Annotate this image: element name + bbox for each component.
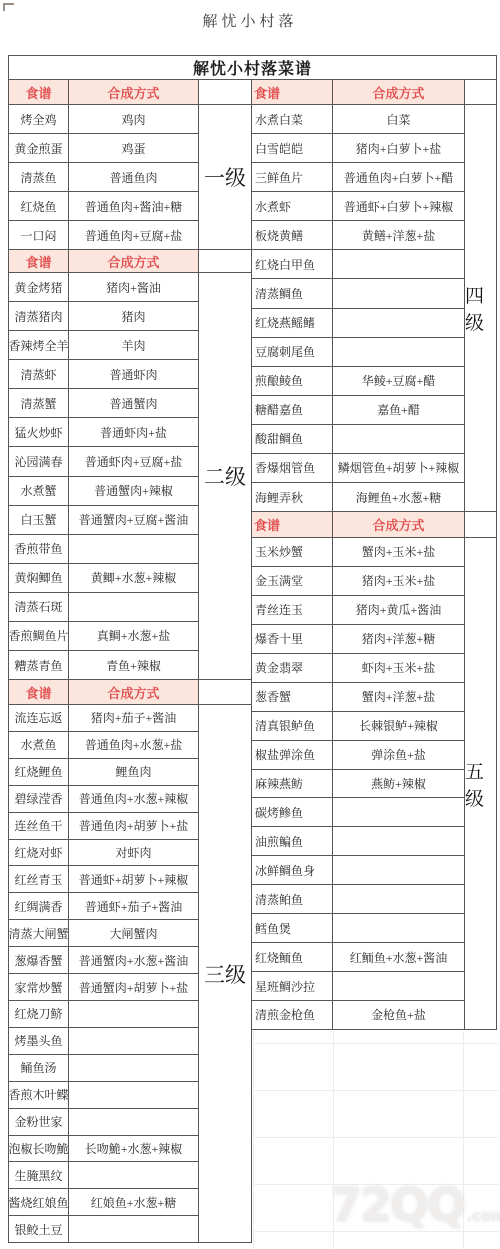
table-row: 清蒸虾普通虾肉 xyxy=(9,360,199,389)
recipe-name-cell: 黄金烤猪 xyxy=(9,273,69,301)
method-column-header: 合成方式 xyxy=(333,512,465,537)
section-header-level4: 食谱 合成方式 xyxy=(252,80,465,105)
table-title: 解忧小村落菜谱 xyxy=(8,55,497,80)
recipe-method-cell: 青鱼+辣椒 xyxy=(69,651,199,679)
level-spacer xyxy=(465,512,496,538)
recipe-method-cell xyxy=(69,1028,199,1054)
recipe-name-cell: 红丝青玉 xyxy=(9,866,69,892)
table-row: 星班鲷沙拉 xyxy=(252,972,465,1001)
right-level-column: 四级 五级 xyxy=(465,80,497,1030)
recipe-name-cell: 金粉世家 xyxy=(9,1109,69,1135)
recipe-name-cell: 红绸满香 xyxy=(9,893,69,919)
recipe-name-cell: 流连忘返 xyxy=(9,705,69,731)
recipe-name-cell: 清蒸鲷鱼 xyxy=(252,279,333,307)
level2-rows: 黄金烤猪猪肉+酱油清蒸猪肉猪肉香辣烤全羊羊肉清蒸虾普通虾肉清蒸蟹普通蟹肉猛火炒虾… xyxy=(9,273,199,680)
recipe-method-cell: 普通蟹肉+水葱+酱油 xyxy=(69,947,199,973)
level-spacer xyxy=(199,250,251,273)
table-row: 香辣烤全羊羊肉 xyxy=(9,331,199,360)
recipe-method-cell xyxy=(333,425,465,453)
table-row: 豆腐刺尾鱼 xyxy=(252,338,465,367)
recipe-column-header: 食谱 xyxy=(252,80,333,104)
level-spacer xyxy=(465,80,496,105)
faint-gridline-horizontal xyxy=(253,1137,499,1138)
recipe-method-cell: 蟹肉+洋葱+盐 xyxy=(333,683,465,711)
recipe-method-cell: 蟹肉+玉米+盐 xyxy=(333,538,465,566)
recipe-method-cell: 普通鱼肉+酱油+糖 xyxy=(69,192,199,220)
recipe-name-cell: 烤墨头鱼 xyxy=(9,1028,69,1054)
table-row: 银鲛土豆 xyxy=(9,1216,199,1243)
recipe-method-cell: 普通蟹肉+豆腐+酱油 xyxy=(69,506,199,534)
recipe-name-cell: 清煎金枪鱼 xyxy=(252,1001,333,1029)
table-row: 黄金煎蛋鸡蛋 xyxy=(9,134,199,163)
recipe-method-cell: 长吻鮠+水葱+辣椒 xyxy=(69,1136,199,1162)
recipe-method-cell: 白菜 xyxy=(333,105,465,133)
method-column-header: 合成方式 xyxy=(69,680,199,704)
recipe-name-cell: 猛火炒虾 xyxy=(9,418,69,446)
recipe-method-cell xyxy=(69,1162,199,1188)
recipe-name-cell: 鳕鱼煲 xyxy=(252,914,333,942)
recipe-method-cell: 普通蟹肉+辣椒 xyxy=(69,477,199,505)
recipe-name-cell: 清真银鲈鱼 xyxy=(252,712,333,740)
recipe-method-cell: 华鲮+豆腐+醋 xyxy=(333,367,465,395)
recipe-method-cell: 鳞烟管鱼+胡萝卜+辣椒 xyxy=(333,454,465,482)
recipe-method-cell: 大闸蟹肉 xyxy=(69,920,199,946)
recipe-name-cell: 红烧燕鳐鳍 xyxy=(252,309,333,337)
table-row: 黄焖鲫鱼黄鲫+水葱+辣椒 xyxy=(9,564,199,593)
table-row: 酸甜鲷鱼 xyxy=(252,425,465,454)
table-row: 糖醋嘉鱼嘉鱼+醋 xyxy=(252,396,465,425)
recipe-method-cell: 海鲤鱼+水葱+糖 xyxy=(333,483,465,511)
section-header-level1: 食谱 合成方式 xyxy=(9,80,199,105)
method-column-header: 合成方式 xyxy=(69,250,199,272)
recipe-name-cell: 红烧刀鲚 xyxy=(9,1001,69,1027)
recipe-name-cell: 爆香十里 xyxy=(252,625,333,653)
recipe-name-cell: 沁园满春 xyxy=(9,447,69,475)
table-row: 酱烧红娘鱼红娘鱼+水葱+糖 xyxy=(9,1189,199,1216)
table-row: 香煎带鱼 xyxy=(9,535,199,564)
table-row: 清蒸石斑 xyxy=(9,593,199,622)
recipe-method-cell: 真鲷+水葱+盐 xyxy=(69,622,199,650)
recipe-name-cell: 鲬鱼汤 xyxy=(9,1055,69,1081)
level-1-label: 一级 xyxy=(199,105,251,250)
table-row: 连丝鱼干普通鱼肉+胡萝卜+盐 xyxy=(9,813,199,840)
recipe-method-cell: 普通虾+胡萝卜+辣椒 xyxy=(69,866,199,892)
recipe-name-cell: 清蒸大闸蟹 xyxy=(9,920,69,946)
table-row: 一口闷普通鱼肉+豆腐+盐 xyxy=(9,221,199,250)
recipe-method-cell: 普通虾+白萝卜+辣椒 xyxy=(333,192,465,220)
recipe-method-cell: 普通虾肉+豆腐+盐 xyxy=(69,447,199,475)
table-row: 沁园满春普通虾肉+豆腐+盐 xyxy=(9,447,199,476)
level4-rows: 水煮白菜白菜白雪皑皑猪肉+白萝卜+盐三鲜鱼片普通鱼肉+白萝卜+醋水煮虾普通虾+白… xyxy=(252,105,465,512)
recipe-name-cell: 清蒸虾 xyxy=(9,360,69,388)
recipe-name-cell: 豆腐刺尾鱼 xyxy=(252,338,333,366)
faint-gridline-horizontal xyxy=(253,1043,499,1044)
recipe-method-cell: 燕鲂+辣椒 xyxy=(333,770,465,798)
recipe-name-cell: 香煎带鱼 xyxy=(9,535,69,563)
table-row: 清真银鲈鱼长棘银鲈+辣椒 xyxy=(252,712,465,741)
recipe-method-cell xyxy=(333,338,465,366)
table-row: 冰鲜鲷鱼身 xyxy=(252,856,465,885)
recipe-name-cell: 生腌黑纹 xyxy=(9,1162,69,1188)
method-column-header: 合成方式 xyxy=(69,80,199,104)
recipe-name-cell: 家常炒蟹 xyxy=(9,974,69,1000)
table-row: 葱爆香蟹普通蟹肉+水葱+酱油 xyxy=(9,947,199,974)
table-row: 板烧黄鳝黄鳝+洋葱+盐 xyxy=(252,221,465,250)
table-row: 糟蒸青鱼青鱼+辣椒 xyxy=(9,651,199,680)
faint-gridline-vertical xyxy=(253,1031,254,1249)
recipe-name-cell: 碳烤鲹鱼 xyxy=(252,798,333,826)
recipe-method-cell: 普通鱼肉+豆腐+盐 xyxy=(69,221,199,249)
recipe-method-cell: 普通鱼肉+白萝卜+醋 xyxy=(333,163,465,191)
recipe-name-cell: 酸甜鲷鱼 xyxy=(252,425,333,453)
table-row: 黄金翡翠虾肉+玉米+盐 xyxy=(252,654,465,683)
recipe-name-cell: 香爆烟管鱼 xyxy=(252,454,333,482)
recipe-name-cell: 清蒸蟹 xyxy=(9,389,69,417)
recipe-name-cell: 油煎鳊鱼 xyxy=(252,827,333,855)
recipe-name-cell: 红烧白甲鱼 xyxy=(252,250,333,278)
recipe-method-cell xyxy=(69,1109,199,1135)
site-watermark: 72QQ .com xyxy=(330,1178,500,1240)
table-row: 红烧白甲鱼 xyxy=(252,250,465,279)
recipe-name-cell: 糟蒸青鱼 xyxy=(9,651,69,679)
table-row: 家常炒蟹普通蟹肉+胡萝卜+盐 xyxy=(9,974,199,1001)
recipe-name-cell: 清蒸鱼 xyxy=(9,163,69,191)
recipe-name-cell: 葱香蟹 xyxy=(252,683,333,711)
recipe-name-cell: 香煎木叶鲽 xyxy=(9,1082,69,1108)
level5-rows: 玉米炒蟹蟹肉+玉米+盐金玉满堂猪肉+玉米+盐青丝连玉猪肉+黄瓜+酱油爆香十里猪肉… xyxy=(252,538,465,1030)
table-row: 清蒸鲷鱼 xyxy=(252,279,465,308)
recipe-method-cell: 对虾肉 xyxy=(69,840,199,866)
recipe-name-cell: 麻辣燕鲂 xyxy=(252,770,333,798)
recipe-method-cell xyxy=(69,593,199,621)
recipe-name-cell: 煎酿鲮鱼 xyxy=(252,367,333,395)
recipe-method-cell: 猪肉+洋葱+糖 xyxy=(333,625,465,653)
left-table-columns: 食谱 合成方式 烤全鸡鸡肉黄金煎蛋鸡蛋清蒸鱼普通鱼肉红烧鱼普通鱼肉+酱油+糖一口… xyxy=(8,80,199,1243)
table-row: 水煮虾普通虾+白萝卜+辣椒 xyxy=(252,192,465,221)
recipe-name-cell: 香煎鲷鱼片 xyxy=(9,622,69,650)
recipe-name-cell: 碧绿滢香 xyxy=(9,786,69,812)
recipe-name-cell: 清蒸鲌鱼 xyxy=(252,885,333,913)
table-row: 清蒸蟹普通蟹肉 xyxy=(9,389,199,418)
level-2-label: 二级 xyxy=(199,273,251,680)
recipe-method-cell xyxy=(69,1216,199,1242)
recipe-name-cell: 一口闷 xyxy=(9,221,69,249)
recipe-method-cell xyxy=(333,885,465,913)
recipe-method-cell: 金枪鱼+盐 xyxy=(333,1001,465,1029)
table-row: 油煎鳊鱼 xyxy=(252,827,465,856)
recipe-method-cell: 鸡蛋 xyxy=(69,134,199,162)
recipe-name-cell: 水煮蟹 xyxy=(9,477,69,505)
table-row: 流连忘返猪肉+茄子+酱油 xyxy=(9,705,199,732)
recipe-name-cell: 泡椒长吻鮠 xyxy=(9,1136,69,1162)
table-row: 水煮蟹普通蟹肉+辣椒 xyxy=(9,477,199,506)
left-level-column: 一级 二级 三级 xyxy=(199,80,252,1243)
recipe-method-cell xyxy=(333,972,465,1000)
table-row: 碧绿滢香普通鱼肉+水葱+辣椒 xyxy=(9,786,199,813)
table-row: 三鲜鱼片普通鱼肉+白萝卜+醋 xyxy=(252,163,465,192)
table-row: 海鲤弄秋海鲤鱼+水葱+糖 xyxy=(252,483,465,512)
recipe-name-cell: 海鲤弄秋 xyxy=(252,483,333,511)
table-row: 葱香蟹蟹肉+洋葱+盐 xyxy=(252,683,465,712)
recipe-column-header: 食谱 xyxy=(9,250,69,272)
recipe-method-cell: 弹涂鱼+盐 xyxy=(333,741,465,769)
recipe-method-cell xyxy=(69,1082,199,1108)
recipe-name-cell: 清蒸猪肉 xyxy=(9,302,69,330)
recipe-name-cell: 青丝连玉 xyxy=(252,596,333,624)
recipe-method-cell: 普通鱼肉+胡萝卜+盐 xyxy=(69,813,199,839)
recipe-method-cell xyxy=(333,309,465,337)
recipe-method-cell: 普通鱼肉+水葱+盐 xyxy=(69,732,199,758)
recipe-method-cell xyxy=(333,250,465,278)
table-row: 泡椒长吻鮠长吻鮠+水葱+辣椒 xyxy=(9,1136,199,1163)
recipe-column-header: 食谱 xyxy=(252,512,333,537)
recipe-name-cell: 连丝鱼干 xyxy=(9,813,69,839)
level-5-label: 五级 xyxy=(465,538,496,1030)
recipe-method-cell: 普通蟹肉+胡萝卜+盐 xyxy=(69,974,199,1000)
recipe-method-cell: 虾肉+玉米+盐 xyxy=(333,654,465,682)
table-row: 鲬鱼汤 xyxy=(9,1055,199,1082)
table-row: 烤墨头鱼 xyxy=(9,1028,199,1055)
table-row: 鳕鱼煲 xyxy=(252,914,465,943)
table-row: 红烧鲕鱼红鲕鱼+水葱+酱油 xyxy=(252,943,465,972)
recipe-name-cell: 水煮虾 xyxy=(252,192,333,220)
table-row: 红绸满香普通虾+茄子+酱油 xyxy=(9,893,199,920)
table-row: 清蒸大闸蟹大闸蟹肉 xyxy=(9,920,199,947)
recipe-name-cell: 玉米炒蟹 xyxy=(252,538,333,566)
recipe-name-cell: 黄金煎蛋 xyxy=(9,134,69,162)
recipe-name-cell: 葱爆香蟹 xyxy=(9,947,69,973)
recipe-name-cell: 红烧鲤鱼 xyxy=(9,759,69,785)
method-column-header: 合成方式 xyxy=(333,80,465,104)
recipe-name-cell: 白雪皑皑 xyxy=(252,134,333,162)
recipe-method-cell: 羊肉 xyxy=(69,331,199,359)
recipe-name-cell: 银鲛土豆 xyxy=(9,1216,69,1242)
recipe-name-cell: 黄金翡翠 xyxy=(252,654,333,682)
recipe-method-cell xyxy=(333,798,465,826)
level-spacer xyxy=(199,680,251,705)
faint-gridline-horizontal xyxy=(253,1090,499,1091)
recipe-method-cell: 普通虾肉+盐 xyxy=(69,418,199,446)
table-row: 碳烤鲹鱼 xyxy=(252,798,465,827)
table-row: 烤全鸡鸡肉 xyxy=(9,105,199,134)
recipe-name-cell: 红烧鱼 xyxy=(9,192,69,220)
table-row: 水煮白菜白菜 xyxy=(252,105,465,134)
recipe-method-cell: 普通蟹肉 xyxy=(69,389,199,417)
recipe-method-cell: 普通鱼肉 xyxy=(69,163,199,191)
recipe-method-cell: 猪肉+玉米+盐 xyxy=(333,567,465,595)
recipe-name-cell: 三鲜鱼片 xyxy=(252,163,333,191)
recipe-method-cell: 普通虾肉 xyxy=(69,360,199,388)
section-header-level2: 食谱 合成方式 xyxy=(9,250,199,273)
recipe-method-cell xyxy=(333,827,465,855)
table-row: 麻辣燕鲂燕鲂+辣椒 xyxy=(252,770,465,799)
recipe-method-cell: 鲤鱼肉 xyxy=(69,759,199,785)
recipe-method-cell: 猪肉+黄瓜+酱油 xyxy=(333,596,465,624)
table-row: 白雪皑皑猪肉+白萝卜+盐 xyxy=(252,134,465,163)
recipe-method-cell: 红鲕鱼+水葱+酱油 xyxy=(333,943,465,971)
recipe-name-cell: 水煮白菜 xyxy=(252,105,333,133)
table-row: 白玉蟹普通蟹肉+豆腐+酱油 xyxy=(9,506,199,535)
level3-rows: 流连忘返猪肉+茄子+酱油水煮鱼普通鱼肉+水葱+盐红烧鲤鱼鲤鱼肉碧绿滢香普通鱼肉+… xyxy=(9,705,199,1243)
section-header-level3: 食谱 合成方式 xyxy=(9,680,199,705)
level-spacer xyxy=(199,80,251,105)
recipe-name-cell: 红烧鲕鱼 xyxy=(252,943,333,971)
recipe-method-cell: 嘉鱼+醋 xyxy=(333,396,465,424)
level-4-label: 四级 xyxy=(465,105,496,512)
recipe-name-cell: 金玉满堂 xyxy=(252,567,333,595)
recipe-method-cell: 猪肉+酱油 xyxy=(69,273,199,301)
table-row: 香爆烟管鱼鳞烟管鱼+胡萝卜+辣椒 xyxy=(252,454,465,483)
watermark-domain: .com xyxy=(466,1207,500,1225)
table-row: 金玉满堂猪肉+玉米+盐 xyxy=(252,567,465,596)
recipe-name-cell: 椒盐弹涂鱼 xyxy=(252,741,333,769)
recipe-column-header: 食谱 xyxy=(9,680,69,704)
table-row: 红烧鲤鱼鲤鱼肉 xyxy=(9,759,199,786)
recipe-method-cell: 黄鳝+洋葱+盐 xyxy=(333,221,465,249)
recipe-name-cell: 星班鲷沙拉 xyxy=(252,972,333,1000)
section-header-level5: 食谱 合成方式 xyxy=(252,512,465,538)
table-row: 香煎鲷鱼片真鲷+水葱+盐 xyxy=(9,622,199,651)
recipe-method-cell: 鸡肉 xyxy=(69,105,199,133)
table-row: 黄金烤猪猪肉+酱油 xyxy=(9,273,199,302)
right-table-columns: 食谱 合成方式 水煮白菜白菜白雪皑皑猪肉+白萝卜+盐三鲜鱼片普通鱼肉+白萝卜+醋… xyxy=(252,80,465,1030)
level-3-label: 三级 xyxy=(199,705,251,1243)
table-row: 红烧燕鳐鳍 xyxy=(252,309,465,338)
recipe-name-cell: 烤全鸡 xyxy=(9,105,69,133)
recipe-method-cell: 猪肉+白萝卜+盐 xyxy=(333,134,465,162)
table-row: 红烧刀鲚 xyxy=(9,1001,199,1028)
table-row: 爆香十里猪肉+洋葱+糖 xyxy=(252,625,465,654)
recipe-name-cell: 清蒸石斑 xyxy=(9,593,69,621)
recipe-method-cell xyxy=(333,856,465,884)
recipe-name-cell: 黄焖鲫鱼 xyxy=(9,564,69,592)
recipe-name-cell: 酱烧红娘鱼 xyxy=(9,1189,69,1215)
recipe-name-cell: 冰鲜鲷鱼身 xyxy=(252,856,333,884)
table-row: 清蒸鱼普通鱼肉 xyxy=(9,163,199,192)
recipe-method-cell xyxy=(69,535,199,563)
table-row: 金粉世家 xyxy=(9,1109,199,1136)
recipe-name-cell: 水煮鱼 xyxy=(9,732,69,758)
recipe-column-header: 食谱 xyxy=(9,80,69,104)
recipe-name-cell: 香辣烤全羊 xyxy=(9,331,69,359)
recipe-method-cell: 猪肉 xyxy=(69,302,199,330)
table-row: 红烧对虾对虾肉 xyxy=(9,840,199,867)
recipe-name-cell: 糖醋嘉鱼 xyxy=(252,396,333,424)
recipe-method-cell: 普通鱼肉+水葱+辣椒 xyxy=(69,786,199,812)
table-row: 红丝青玉普通虾+胡萝卜+辣椒 xyxy=(9,866,199,893)
table-row: 红烧鱼普通鱼肉+酱油+糖 xyxy=(9,192,199,221)
recipe-name-cell: 板烧黄鳝 xyxy=(252,221,333,249)
recipe-name-cell: 红烧对虾 xyxy=(9,840,69,866)
table-row: 水煮鱼普通鱼肉+水葱+盐 xyxy=(9,732,199,759)
table-row: 清蒸鲌鱼 xyxy=(252,885,465,914)
table-row: 青丝连玉猪肉+黄瓜+酱油 xyxy=(252,596,465,625)
recipe-method-cell xyxy=(69,1001,199,1027)
table-row: 椒盐弹涂鱼弹涂鱼+盐 xyxy=(252,741,465,770)
table-row: 清煎金枪鱼金枪鱼+盐 xyxy=(252,1001,465,1030)
recipe-method-cell: 长棘银鲈+辣椒 xyxy=(333,712,465,740)
recipe-method-cell: 猪肉+茄子+酱油 xyxy=(69,705,199,731)
page-title: 解忧小村落 xyxy=(0,10,500,31)
table-row: 生腌黑纹 xyxy=(9,1162,199,1189)
table-row: 清蒸猪肉猪肉 xyxy=(9,302,199,331)
table-row: 煎酿鲮鱼华鲮+豆腐+醋 xyxy=(252,367,465,396)
recipe-method-cell: 黄鲫+水葱+辣椒 xyxy=(69,564,199,592)
level1-rows: 烤全鸡鸡肉黄金煎蛋鸡蛋清蒸鱼普通鱼肉红烧鱼普通鱼肉+酱油+糖一口闷普通鱼肉+豆腐… xyxy=(9,105,199,250)
recipe-method-cell: 普通虾+茄子+酱油 xyxy=(69,893,199,919)
table-row: 猛火炒虾普通虾肉+盐 xyxy=(9,418,199,447)
recipe-method-cell xyxy=(69,1055,199,1081)
recipe-method-cell xyxy=(333,914,465,942)
table-row: 玉米炒蟹蟹肉+玉米+盐 xyxy=(252,538,465,567)
watermark-logo: 72QQ xyxy=(330,1178,464,1232)
recipe-name-cell: 白玉蟹 xyxy=(9,506,69,534)
table-row: 香煎木叶鲽 xyxy=(9,1082,199,1109)
recipe-method-cell: 红娘鱼+水葱+糖 xyxy=(69,1189,199,1215)
recipe-method-cell xyxy=(333,279,465,307)
